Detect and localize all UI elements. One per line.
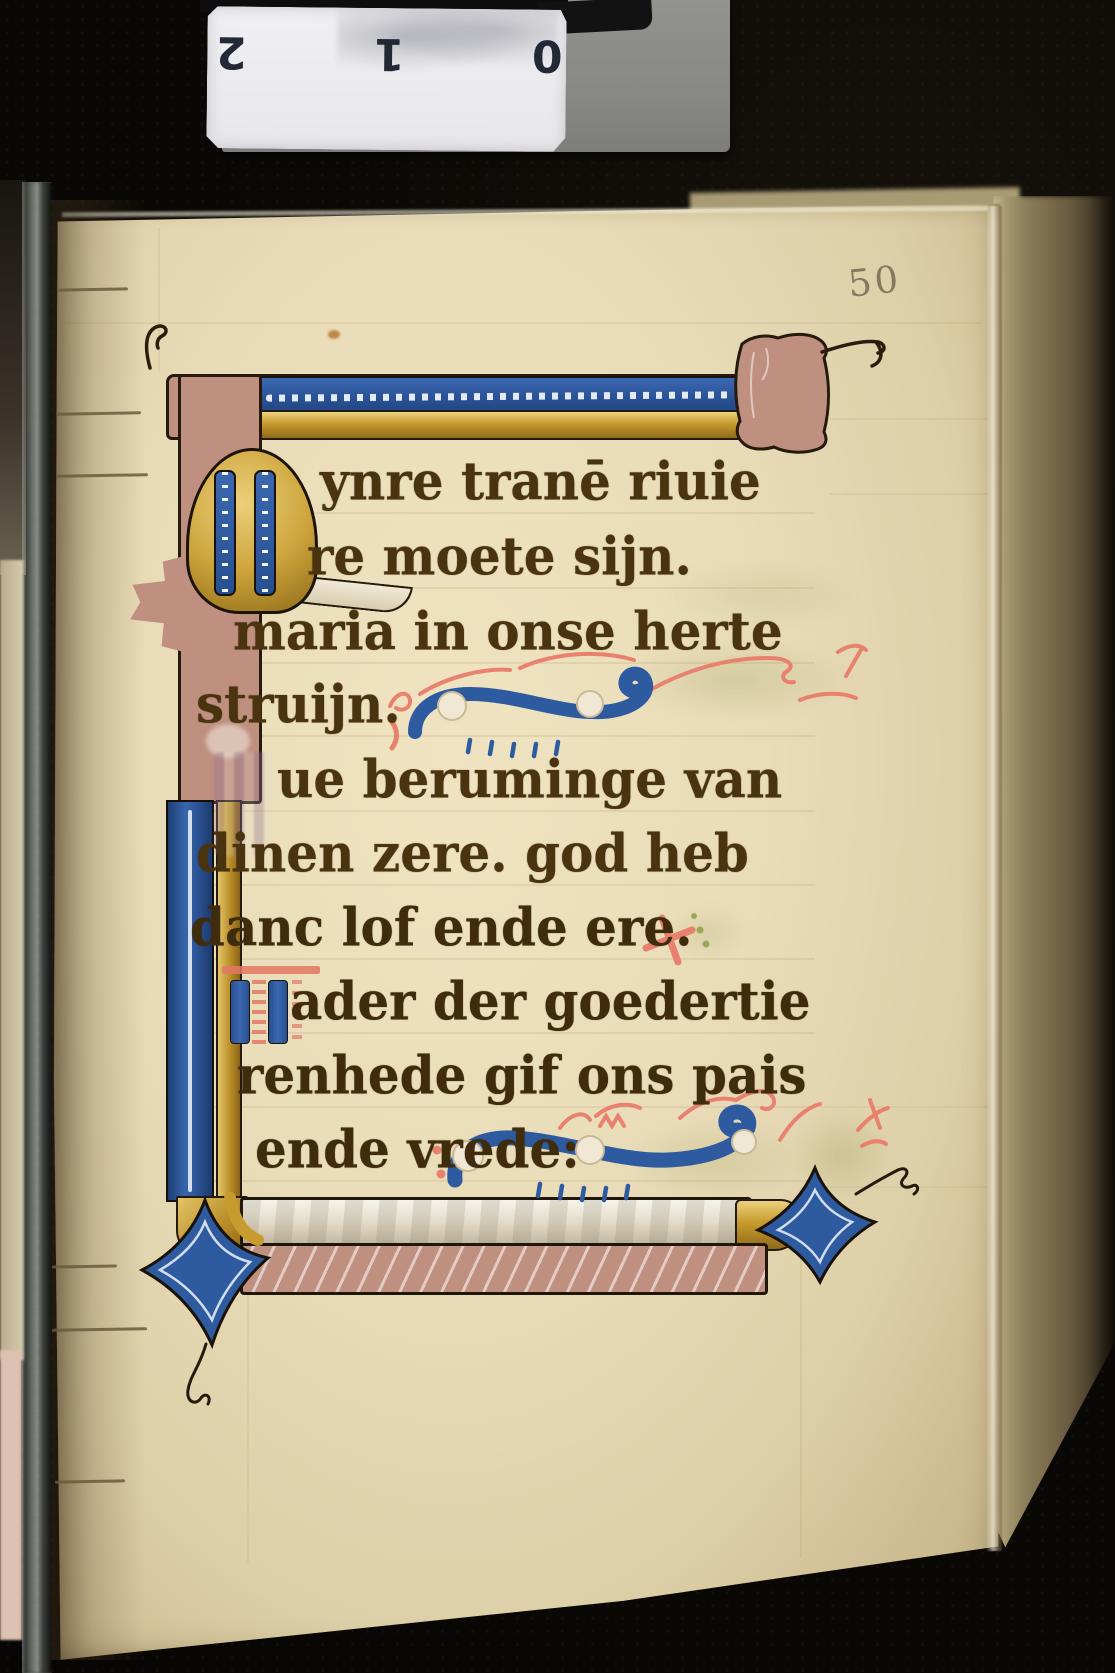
ruled-line-horizontal [190, 810, 815, 812]
text-line-1: ynre tranē riuie [320, 450, 761, 512]
green-stain [620, 1120, 800, 1200]
glass-edge-weight [22, 182, 52, 1673]
ruled-line-vertical [158, 228, 160, 372]
ruled-line-vertical [247, 1262, 249, 1562]
initial-V-blue-shaft [268, 980, 288, 1044]
facing-page-pink-sliver [0, 1350, 22, 1640]
ruled-line-horizontal [190, 884, 815, 886]
ruled-line-horizontal [830, 493, 988, 495]
green-stain [790, 1110, 890, 1200]
text-line-4: struijn. [196, 673, 401, 735]
ruled-line-vertical [800, 1258, 802, 1558]
gutter-shadow [50, 200, 145, 1660]
initial-M-gold-body [186, 448, 318, 614]
white-stripe [188, 810, 192, 1192]
ruled-line-horizontal [62, 322, 982, 324]
folio-number: 50 [846, 257, 903, 305]
border-bottom-rose-bar [240, 1243, 768, 1295]
initial-V-blue-shaft [230, 980, 250, 1044]
ruled-line-horizontal [190, 735, 815, 737]
text-line-3: maria in onse herte [233, 600, 783, 662]
ruled-line-horizontal [190, 1106, 815, 1108]
manuscript-photo-scene: 2 1 0 [0, 0, 1115, 1673]
ruled-line-horizontal [830, 418, 988, 420]
ruled-line-horizontal [820, 1106, 988, 1108]
ruler-label-2: 2 [209, 26, 254, 77]
facing-page-sliver [0, 560, 24, 1360]
border-top-gold-bar [254, 410, 766, 440]
text-line-5: ue beruminge van [277, 748, 782, 810]
cm-ruler: 2 1 0 [206, 6, 566, 152]
initial-M-blue-shaft [214, 470, 236, 596]
rust-stain-dot [328, 330, 340, 339]
border-bottom-left-gold-hook [176, 1196, 248, 1258]
text-line-10: ende vrede: [255, 1118, 580, 1180]
ruler-label-0: 0 [525, 29, 570, 80]
fore-edge-page-stack [993, 196, 1115, 1561]
text-line-8: ader der goedertie [290, 970, 811, 1032]
text-line-9: renhede gif ons pais [237, 1044, 806, 1106]
illuminated-initial-M [186, 448, 318, 614]
border-bottom-silver-bar [240, 1197, 752, 1247]
text-line-6: dinen zere. god heb [196, 822, 749, 884]
initial-M-blue-shaft [254, 470, 276, 596]
text-line-7: danc lof ende ere. [190, 896, 693, 958]
text-line-2: re moete sijn. [307, 525, 692, 587]
page-right-edge [986, 206, 1002, 1551]
initial-V-red-penwork [252, 980, 266, 1044]
white-chain-pattern [266, 391, 732, 401]
ruler-label-1: 1 [367, 28, 412, 79]
